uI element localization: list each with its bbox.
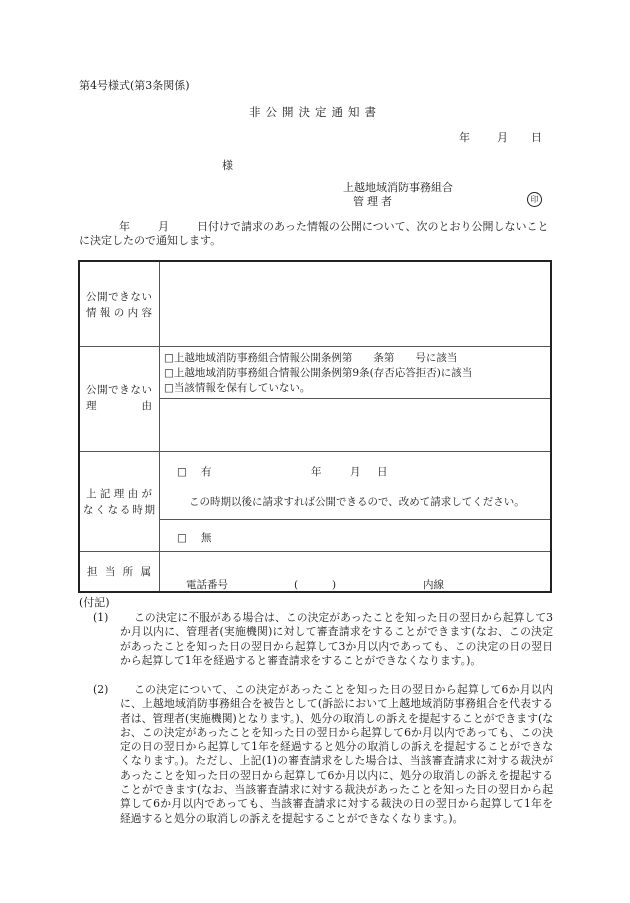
intro-month: 月 — [158, 220, 169, 233]
period-yes-checkbox[interactable]: □ — [177, 465, 187, 479]
sender-title: 管理者 — [353, 196, 395, 207]
reason-option-ordinance-article[interactable]: □上越地域消防事務組合情報公開条例第 条第 号に該当 — [164, 351, 457, 365]
note-item-2: (2) この決定について、この決定があったことを知った日の翌日から起算して6か月… — [93, 683, 553, 826]
row-subdivider — [159, 398, 550, 399]
date-year-label: 年 — [459, 132, 470, 143]
reason-option-not-held[interactable]: □当該情報を保有していない。 — [164, 381, 310, 395]
phone-label: 電話番号 — [186, 578, 228, 592]
sender-organization: 上越地域消防事務組合 — [343, 182, 453, 193]
note-number: (2) — [93, 683, 108, 697]
note-item-1: (1) この決定に不服がある場合は、この決定があったことを知った日の翌日から起算… — [93, 611, 553, 668]
note-number: (1) — [93, 611, 108, 625]
date-month-label: 月 — [497, 132, 508, 143]
phone-paren-open: ( — [294, 578, 298, 592]
label-undisclosed-content: 公開できない 情報の内容 — [80, 289, 158, 321]
phone-paren-close: ) — [332, 578, 336, 592]
document-title: 非公開決定通知書 — [0, 107, 630, 119]
seal-icon: 印 — [527, 192, 542, 207]
intro-text: 日付けで請求のあった情報の公開について、次のとおり公開しないことに決定したので通… — [79, 220, 548, 247]
note-text: この決定に不服がある場合は、この決定があったことを知った日の翌日から起算して3か… — [120, 611, 553, 668]
period-no-label: 無 — [201, 531, 212, 545]
undisclosed-content-field[interactable] — [164, 270, 544, 340]
extension-label: 内線 — [423, 578, 444, 592]
label-nondisclosure-reason: 公開できない 理由 — [80, 382, 158, 414]
column-divider — [159, 262, 160, 591]
period-yes-label: 有 — [201, 465, 212, 479]
reason-option-article-9[interactable]: □上越地域消防事務組合情報公開条例第9条(存否応答拒否)に該当 — [164, 366, 472, 380]
addressee-suffix: 様 — [222, 160, 233, 171]
period-year-label: 年 — [311, 465, 322, 479]
period-day-label: 日 — [377, 465, 388, 479]
date-day-label: 日 — [531, 132, 542, 143]
label-department: 担当所属 — [80, 564, 158, 580]
period-yes-note: この時期以後に請求すれば公開できるので、改めて請求してください。 — [189, 495, 525, 509]
label-reason-end-period: 上記理由が なくなる時期 — [80, 486, 158, 518]
row-subdivider — [159, 519, 550, 520]
reason-detail-field[interactable] — [164, 404, 544, 444]
row-divider — [80, 346, 550, 347]
row-divider — [80, 451, 550, 452]
period-month-label: 月 — [350, 465, 361, 479]
decision-table: 公開できない 情報の内容 公開できない 理由 □上越地域消防事務組合情報公開条例… — [78, 260, 552, 593]
period-no-checkbox[interactable]: □ — [177, 531, 187, 545]
form-number: 第4号様式(第3条関係) — [79, 80, 190, 91]
notes-heading: (付記) — [79, 597, 110, 608]
intro-paragraph: 年月日付けで請求のあった情報の公開について、次のとおり公開しないことに決定したの… — [79, 220, 554, 248]
note-text: この決定について、この決定があったことを知った日の翌日から起算して6か月以内に、… — [120, 683, 553, 826]
row-divider — [80, 551, 550, 552]
intro-year: 年 — [119, 220, 130, 233]
